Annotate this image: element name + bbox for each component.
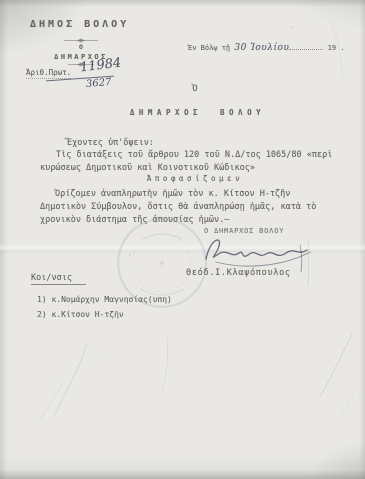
scanned-document-page: ΔΗΜΟΣ ΒΟΛΟΥ Ο ΔΗΜΑΡΧΟΣ Ἀριθ.Πρωτ. 11984 … [0,0,365,479]
paper-creases-overlay [0,0,365,479]
